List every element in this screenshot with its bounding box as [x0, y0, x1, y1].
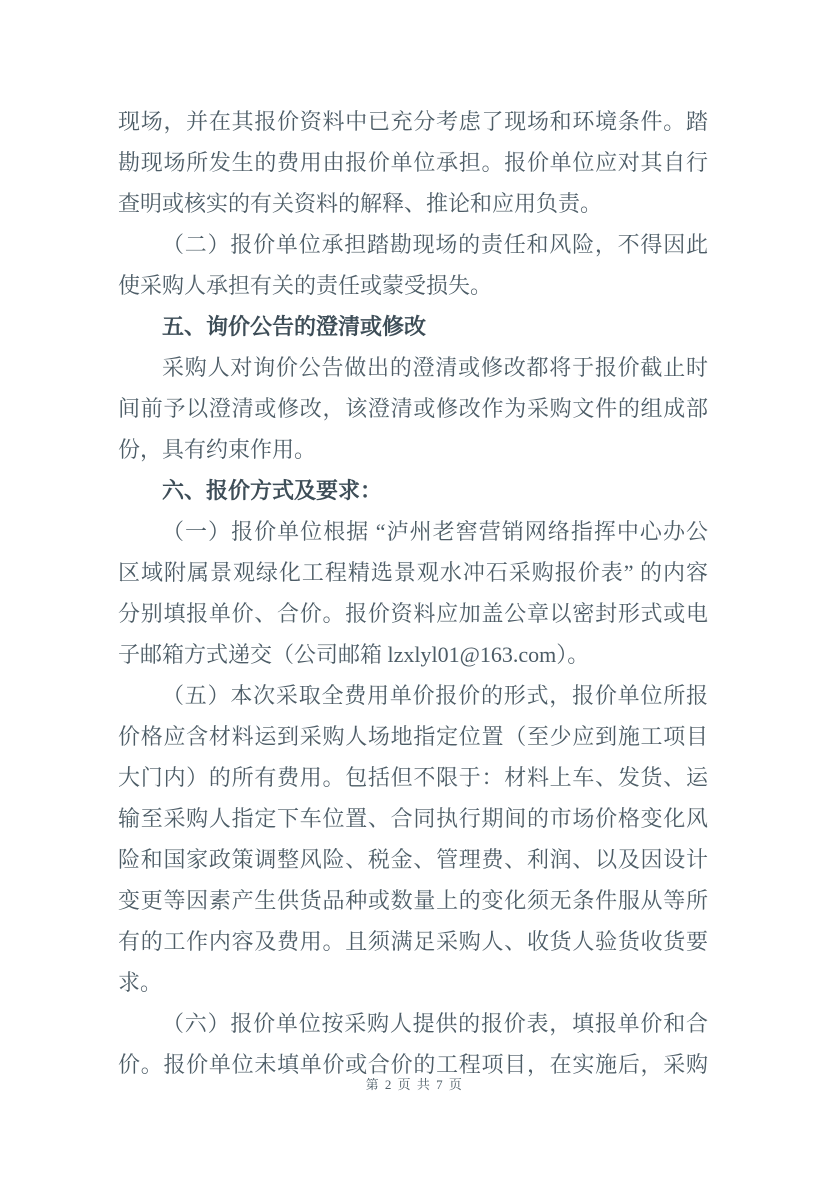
- text-line: 求。: [118, 962, 708, 1003]
- text-line: 子邮箱方式递交（公司邮箱 lzxlyl01@163.com）。: [118, 634, 708, 675]
- text-line: 有的工作内容及费用。且须满足采购人、收货人验货收货要: [118, 921, 708, 962]
- text-line: 采购人对询价公告做出的澄清或修改都将于报价截止时: [118, 347, 708, 388]
- text-line: 勘现场所发生的费用由报价单位承担。报价单位应对其自行: [118, 142, 708, 183]
- text-line: 险和国家政策调整风险、税金、管理费、利润、以及因设计: [118, 839, 708, 880]
- text-line: 查明或核实的有关资料的解释、推论和应用负责。: [118, 183, 708, 224]
- text-line: （六）报价单位按采购人提供的报价表，填报单价和合: [118, 1003, 708, 1044]
- text-line: 现场，并在其报价资料中已充分考虑了现场和环境条件。踏: [118, 101, 708, 142]
- text-line: （二）报价单位承担踏勘现场的责任和风险，不得因此: [118, 224, 708, 265]
- page-footer: 第 2 页 共 7 页: [0, 1076, 829, 1094]
- text-line: 份，具有约束作用。: [118, 429, 708, 470]
- heading-line: 五、询价公告的澄清或修改: [118, 306, 708, 347]
- document-page: 现场，并在其报价资料中已充分考虑了现场和环境条件。踏勘现场所发生的费用由报价单位…: [0, 0, 829, 1180]
- document-body: 现场，并在其报价资料中已充分考虑了现场和环境条件。踏勘现场所发生的费用由报价单位…: [118, 101, 708, 1085]
- heading-line: 六、报价方式及要求：: [118, 470, 708, 511]
- text-line: 输至采购人指定下车位置、合同执行期间的市场价格变化风: [118, 798, 708, 839]
- text-line: （五）本次采取全费用单价报价的形式，报价单位所报: [118, 675, 708, 716]
- text-line: 价格应含材料运到采购人场地指定位置（至少应到施工项目: [118, 716, 708, 757]
- text-line: 间前予以澄清或修改，该澄清或修改作为采购文件的组成部: [118, 388, 708, 429]
- text-line: 分别填报单价、合价。报价资料应加盖公章以密封形式或电: [118, 593, 708, 634]
- text-line: 变更等因素产生供货品种或数量上的变化须无条件服从等所: [118, 880, 708, 921]
- text-line: 使采购人承担有关的责任或蒙受损失。: [118, 265, 708, 306]
- text-line: （一）报价单位根据 “泸州老窖营销网络指挥中心办公: [118, 511, 708, 552]
- text-line: 区域附属景观绿化工程精选景观水冲石采购报价表” 的内容: [118, 552, 708, 593]
- text-line: 大门内）的所有费用。包括但不限于：材料上车、发货、运: [118, 757, 708, 798]
